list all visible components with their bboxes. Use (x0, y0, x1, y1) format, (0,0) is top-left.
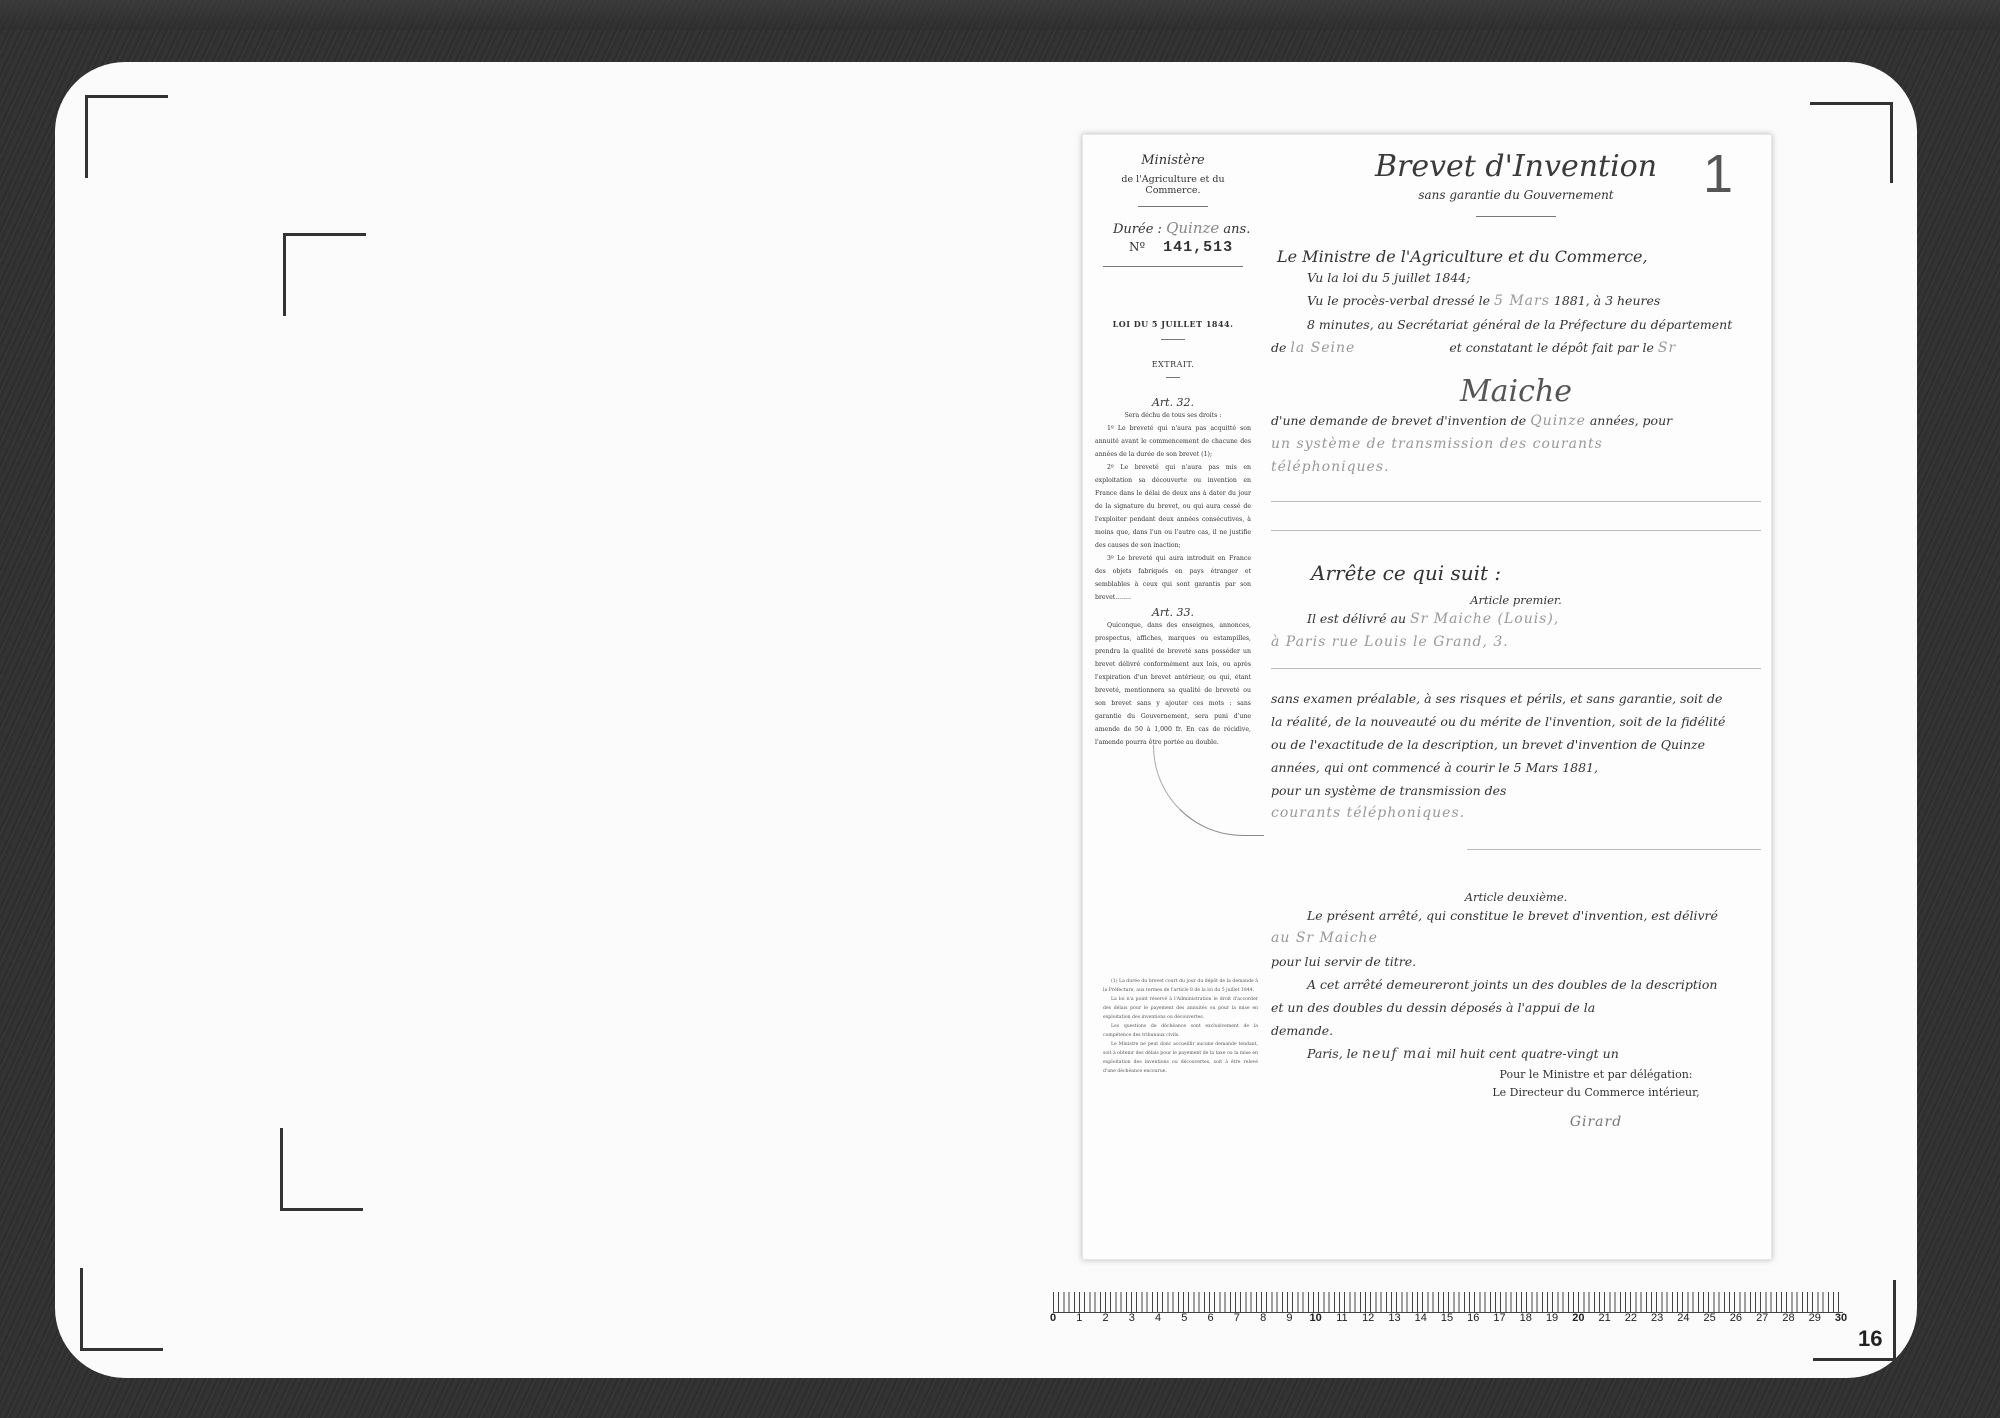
law-paragraph: 3º Le breveté qui aura introduit en Fran… (1095, 552, 1251, 604)
ruler-label: 21 (1598, 1312, 1610, 1324)
date-value: neuf mai (1362, 1046, 1432, 1062)
ruler-label: 30 (1835, 1312, 1847, 1324)
law-paragraph: 2º Le breveté qui n'aura pas mis en expl… (1095, 461, 1251, 552)
measurement-ruler (1053, 1292, 1843, 1313)
ministry-heading: Ministère (1093, 153, 1253, 168)
footnote: Les questions de déchéance sont exclusiv… (1103, 1022, 1258, 1040)
recipient-address: à Paris rue Louis le Grand, 3. (1271, 631, 1761, 654)
pv-department-line: de la Seine et constatant le dépôt fait … (1271, 336, 1761, 360)
date-suffix: mil huit cent quatre-vingt un (1436, 1046, 1619, 1061)
body-line: pour un système de transmission des (1271, 779, 1761, 802)
ornament-divider (1138, 206, 1208, 207)
ruler-label: 27 (1756, 1312, 1768, 1324)
duration-value: Quinze (1166, 219, 1219, 237)
divider (1161, 339, 1185, 340)
pv-date: 5 Mars (1494, 293, 1550, 309)
law-paragraph: Sera déchu de tous ses droits : (1095, 409, 1251, 422)
recipient: Sr Maiche (Louis), (1410, 611, 1559, 627)
body-line: Le présent arrêté, qui constitue le brev… (1271, 904, 1761, 927)
ruler-label: 20 (1572, 1312, 1584, 1324)
divider (1103, 266, 1243, 267)
article1-heading: Article premier. (1271, 593, 1761, 607)
ruler-label: 24 (1677, 1312, 1689, 1324)
duration-label: Durée : (1113, 222, 1162, 237)
document-subtitle: sans garantie du Gouvernement (1271, 188, 1761, 202)
patent-document: Ministère de l'Agriculture et du Commerc… (1082, 134, 1772, 1260)
law-reference: Vu la loi du 5 juillet 1844; (1271, 266, 1761, 289)
body-line: au Sr Maiche (1271, 927, 1761, 950)
invention-line-1: un système de transmission des courants (1271, 433, 1761, 456)
body-line: courants téléphoniques. (1271, 802, 1761, 825)
ruler-labels: 0123456789101112131415161718192021222324… (1053, 1312, 1843, 1330)
body-line: années, qui ont commencé à courir le 5 M… (1271, 756, 1761, 779)
arrete-heading: Arrête ce qui suit : (1271, 561, 1761, 585)
pv-year: 1881, à 3 heures (1554, 293, 1660, 308)
law-paragraph: 1º Le breveté qui n'aura pas acquitté so… (1095, 422, 1251, 461)
ruler-label: 0 (1050, 1312, 1056, 1324)
invention-line-2: téléphoniques. (1271, 456, 1761, 479)
art32-heading: Art. 32. (1093, 396, 1253, 409)
divider (1166, 377, 1180, 378)
ruler-label: 18 (1520, 1312, 1532, 1324)
minister-line: Le Ministre de l'Agriculture et du Comme… (1271, 247, 1761, 266)
pv-title: Sr (1658, 340, 1676, 356)
left-column: Ministère de l'Agriculture et du Commerc… (1093, 153, 1253, 749)
date-prefix: Paris, le (1307, 1046, 1358, 1061)
ruler-label: 10 (1310, 1312, 1322, 1324)
blank-line (1271, 530, 1761, 531)
body-line: la réalité, de la nouveauté ou du mérite… (1271, 710, 1761, 733)
delegation-line: Pour le Ministre et par délégation: (1271, 1066, 1761, 1084)
ruler-label: 5 (1181, 1312, 1187, 1324)
ruler-label: 2 (1102, 1312, 1108, 1324)
ruler-label: 7 (1234, 1312, 1240, 1324)
ruler-label: 1 (1076, 1312, 1082, 1324)
footnote: La loi n'a point réservé à l'Administrat… (1103, 995, 1258, 1022)
ruler-label: 4 (1155, 1312, 1161, 1324)
pv-depot: et constatant le dépôt fait par le (1449, 340, 1654, 355)
ruler-label: 22 (1625, 1312, 1637, 1324)
ruler-label: 13 (1388, 1312, 1400, 1324)
demand-line: d'une demande de brevet d'invention de Q… (1271, 409, 1761, 433)
proces-verbal-line: Vu le procès-verbal dressé le 5 Mars 188… (1271, 289, 1761, 313)
demand-prefix: d'une demande de brevet d'invention de (1271, 413, 1526, 428)
crop-mark-top-right (1810, 102, 1893, 183)
ruler-label: 16 (1467, 1312, 1479, 1324)
demand-duration: Quinze (1530, 413, 1586, 429)
footnote: (1) La durée du brevet court du jour du … (1103, 977, 1258, 995)
ruler-label: 11 (1336, 1312, 1347, 1324)
plate-number: 16 (1858, 1326, 1882, 1352)
document-title: Brevet d'Invention (1271, 149, 1761, 184)
number-label: Nº (1129, 240, 1145, 254)
crop-mark-inner-bottom-left (280, 1128, 363, 1211)
body-line: et un des doubles du dessin déposés à l'… (1271, 996, 1761, 1019)
body-line: ou de l'exactitude de la description, un… (1271, 733, 1761, 756)
ministry-subheading: de l'Agriculture et du Commerce. (1093, 174, 1253, 196)
blank-line (1467, 849, 1761, 850)
department: la Seine (1290, 340, 1355, 356)
ruler-label: 9 (1286, 1312, 1292, 1324)
art33-text: Quiconque, dans des enseignes, annonces,… (1093, 619, 1253, 749)
applicant-name: Maiche (1271, 374, 1761, 409)
main-column: Brevet d'Invention sans garantie du Gouv… (1271, 149, 1761, 1130)
footnotes: (1) La durée du brevet court du jour du … (1103, 977, 1258, 1076)
ruler-label: 14 (1415, 1312, 1427, 1324)
ruler-label: 8 (1260, 1312, 1266, 1324)
signatory-title: Le Directeur du Commerce intérieur, (1271, 1084, 1761, 1102)
delivered-label: Il est délivré au (1307, 611, 1406, 626)
date-line: Paris, le neuf mai mil huit cent quatre-… (1271, 1042, 1761, 1066)
pv-prefix: Vu le procès-verbal dressé le (1307, 293, 1490, 308)
scan-background (0, 0, 2000, 30)
law-paragraph: Quiconque, dans des enseignes, annonces,… (1095, 619, 1251, 749)
ruler-label: 15 (1441, 1312, 1453, 1324)
ruler-label: 19 (1546, 1312, 1558, 1324)
blank-line (1271, 501, 1761, 502)
ruler-label: 6 (1208, 1312, 1214, 1324)
crop-mark-top-left (85, 95, 168, 178)
ruler-label: 25 (1704, 1312, 1716, 1324)
pv-minutes: 8 minutes, au Secrétariat général de la … (1271, 313, 1761, 336)
footnote: Le Ministre ne peut donc accueillir aucu… (1103, 1040, 1258, 1076)
margin-initials (1153, 745, 1264, 836)
art32-text: Sera déchu de tous ses droits : 1º Le br… (1093, 409, 1253, 604)
patent-number-line: Nº141,513 (1093, 239, 1253, 256)
article1-body: sans examen préalable, à ses risques et … (1271, 687, 1761, 825)
ruler-label: 3 (1129, 1312, 1135, 1324)
ruler-label: 26 (1730, 1312, 1742, 1324)
demand-suffix: années, pour (1590, 413, 1672, 428)
ornament-divider (1476, 216, 1556, 217)
duration-unit: ans. (1223, 222, 1250, 237)
dept-prefix: de (1271, 340, 1286, 355)
article2-body: Le présent arrêté, qui constitue le brev… (1271, 904, 1761, 1042)
blank-line (1271, 668, 1761, 669)
body-line: sans examen préalable, à ses risques et … (1271, 687, 1761, 710)
ruler-label: 29 (1809, 1312, 1821, 1324)
ruler-label: 17 (1493, 1312, 1505, 1324)
signature: Girard (1271, 1114, 1761, 1130)
duration-line: Durée : Quinze ans. (1093, 219, 1253, 237)
extract-heading: EXTRAIT. (1093, 360, 1253, 369)
body-line: A cet arrêté demeureront joints un des d… (1271, 973, 1761, 996)
ruler-label: 23 (1651, 1312, 1663, 1324)
law-heading: LOI DU 5 JUILLET 1844. (1093, 319, 1253, 329)
body-line: pour lui servir de titre. (1271, 950, 1761, 973)
body-line: demande. (1271, 1019, 1761, 1042)
patent-number: 141,513 (1163, 239, 1233, 256)
article2-heading: Article deuxième. (1271, 890, 1761, 904)
crop-mark-bottom-left (80, 1268, 163, 1351)
art33-heading: Art. 33. (1093, 606, 1253, 619)
ruler-label: 12 (1362, 1312, 1374, 1324)
crop-mark-inner-top-left (283, 233, 366, 316)
article1-recipient-line: Il est délivré au Sr Maiche (Louis), (1271, 607, 1761, 631)
ruler-label: 28 (1782, 1312, 1794, 1324)
